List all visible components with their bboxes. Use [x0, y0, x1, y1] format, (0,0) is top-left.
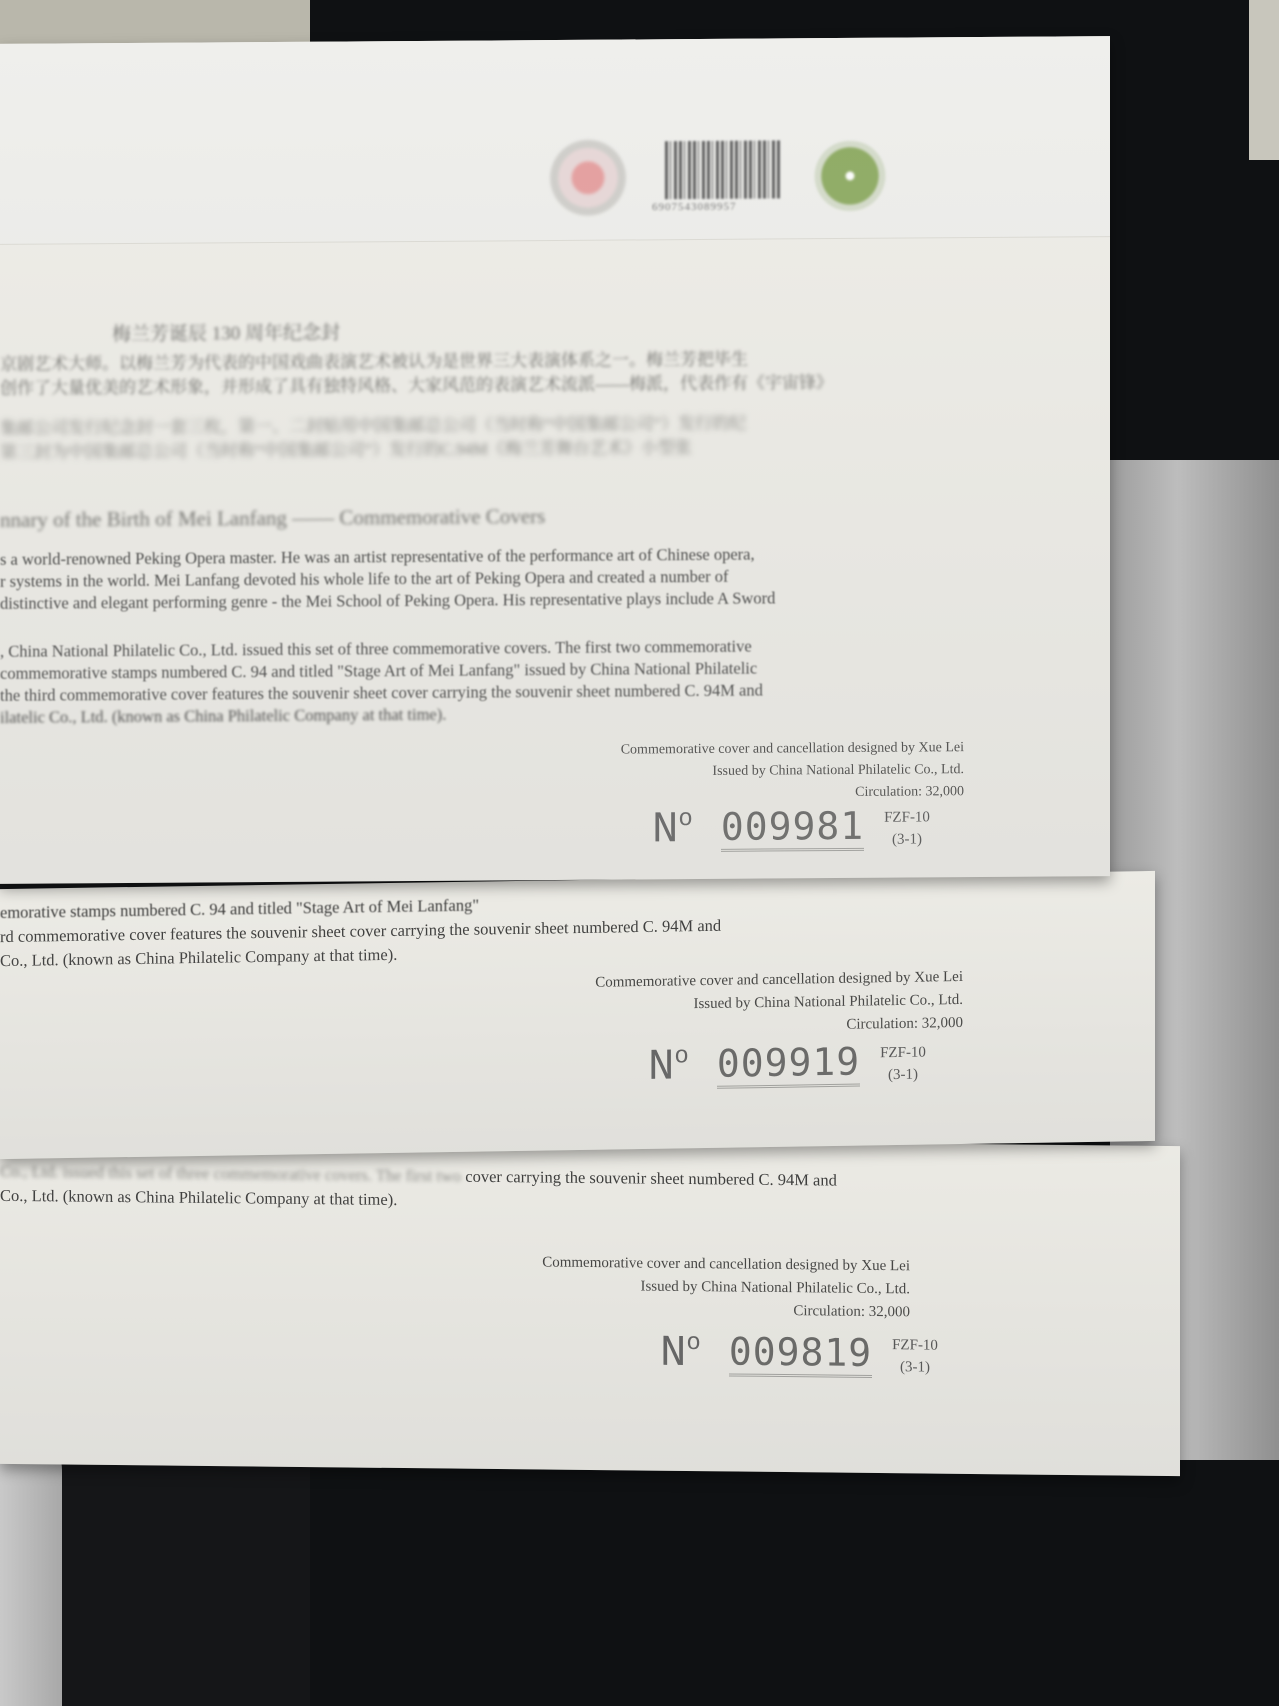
cover-header [0, 36, 1110, 245]
plastic-sleeve-corner [0, 1430, 62, 1706]
chinese-text-line: 创作了大量优美的艺术形象，并形成了具有独特风格、大家风范的表演艺术流派——梅派，… [0, 368, 833, 399]
credits-block: Commemorative cover and cancellation des… [621, 737, 964, 805]
emblem-icon [812, 141, 888, 212]
commemorative-cover-top: 6907543089957 梅兰芳诞辰 130 周年纪念封 京剧艺术大师。以梅兰… [0, 36, 1110, 884]
cover-text-line: Co., Ltd. (known as China Philatelic Com… [0, 945, 397, 971]
english-text-line: commemorative stamps numbered C. 94 and … [0, 659, 757, 684]
background-wall-right [1249, 0, 1279, 160]
commemorative-cover-bottom: Co., Ltd. issued this set of three comme… [0, 1134, 1180, 1476]
designer-credit: Commemorative cover and cancellation des… [621, 737, 964, 761]
serial-number: 009919 [717, 1042, 860, 1089]
english-text-line: the third commemorative cover features t… [0, 681, 763, 706]
credits-block: Commemorative cover and cancellation des… [542, 1251, 910, 1324]
set-code: FZF-10 (3-1) [880, 1041, 926, 1086]
english-title: nnary of the Birth of Mei Lanfang —— Com… [0, 504, 545, 533]
circulation-count: Circulation: 32,000 [542, 1297, 910, 1324]
credits-block: Commemorative cover and cancellation des… [595, 966, 963, 1041]
english-text-line: , China National Philatelic Co., Ltd. is… [0, 637, 752, 662]
english-text-line: r systems in the world. Mei Lanfang devo… [0, 567, 729, 592]
cover-text-line: emorative stamps numbered C. 94 and titl… [0, 896, 479, 924]
chinese-title: 梅兰芳诞辰 130 周年纪念封 [112, 318, 340, 347]
serial-number-row: No 009819 FZF-10 (3-1) [660, 1331, 938, 1379]
number-sign: No [652, 808, 693, 852]
circulation-count: Circulation: 32,000 [621, 781, 964, 805]
circulation-count: Circulation: 32,000 [595, 1012, 963, 1041]
serial-number-row: No 009919 FZF-10 (3-1) [648, 1041, 926, 1090]
cover-text-line: Co., Ltd. (known as China Philatelic Com… [0, 1186, 397, 1210]
chinese-text-line: 第三封为中国集邮总公司（当时称“中国集邮公司”）发行的C.94M《梅兰芳舞台艺术… [0, 433, 692, 463]
set-code: FZF-10 (3-1) [884, 806, 930, 850]
serial-number: 009819 [729, 1331, 872, 1377]
issuer-credit: Issued by China National Philatelic Co.,… [621, 759, 964, 783]
designer-credit: Commemorative cover and cancellation des… [542, 1251, 910, 1278]
serial-number: 009981 [721, 806, 864, 852]
number-sign: No [660, 1332, 701, 1376]
number-sign: No [648, 1045, 689, 1090]
english-text-line: distinctive and elegant performing genre… [0, 588, 775, 613]
commemorative-cover-middle: emorative stamps numbered C. 94 and titl… [0, 871, 1155, 1159]
serial-number-row: No 009981 FZF-10 (3-1) [652, 805, 930, 852]
barcode-icon [665, 140, 780, 199]
set-code: FZF-10 (3-1) [892, 1334, 938, 1378]
barcode-digits: 6907543089957 [652, 201, 737, 214]
english-text-line: ilatelic Co., Ltd. (known as China Phila… [0, 705, 446, 728]
english-text-line: s a world-renowned Peking Opera master. … [0, 545, 755, 570]
philatelic-logo-icon [550, 140, 626, 217]
